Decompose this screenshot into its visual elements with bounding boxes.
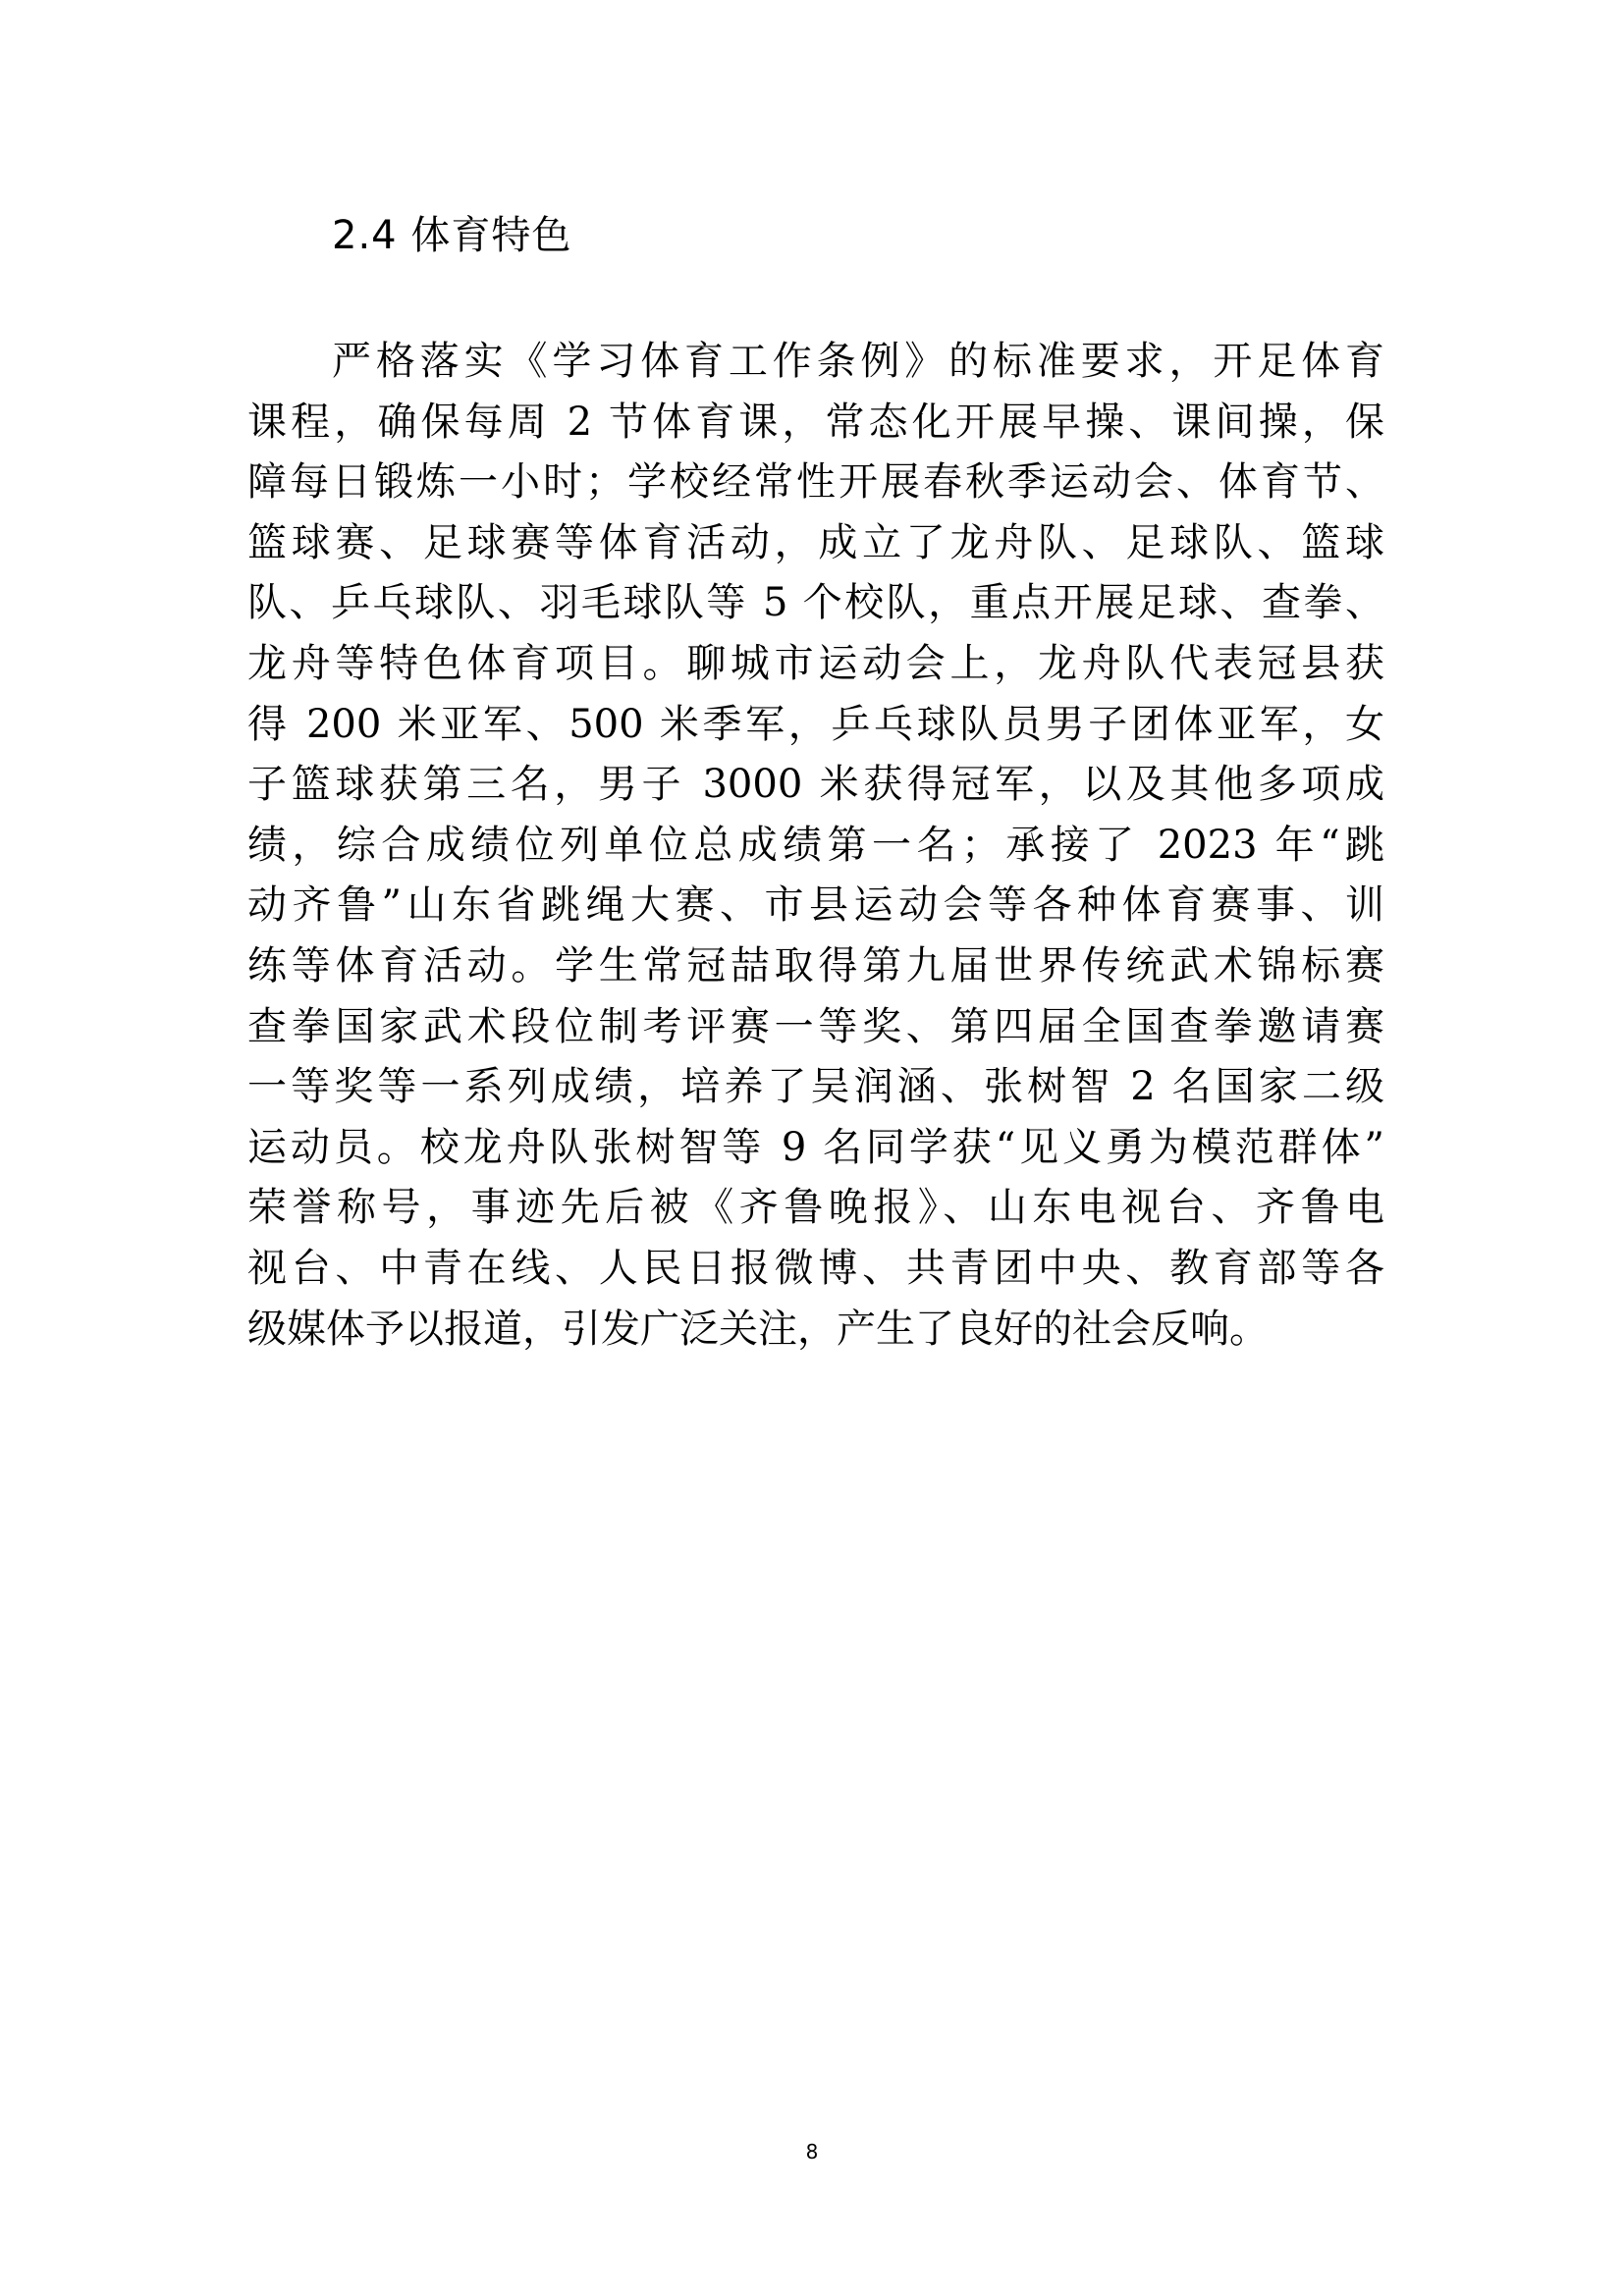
paragraph-line: 查拳国家武术段位制考评赛一等奖、第四届全国查拳邀请赛	[247, 997, 1384, 1058]
paragraph-line: 子篮球获第三名，男子 3000 米获得冠军，以及其他多项成	[247, 755, 1384, 816]
paragraph-line: 绩，综合成绩位列单位总成绩第一名；承接了 2023 年“跳	[247, 816, 1384, 877]
paragraph-line: 篮球赛、足球赛等体育活动，成立了龙舟队、足球队、篮球	[247, 513, 1384, 574]
paragraph-line: 课程，确保每周 2 节体育课，常态化开展早操、课间操，保	[247, 393, 1384, 454]
paragraph-line: 得 200 米亚军、500 米季军，乒乓球队员男子团体亚军，女	[247, 695, 1384, 756]
paragraph-line: 练等体育活动。学生常冠喆取得第九届世界传统武术锦标赛	[247, 936, 1384, 997]
paragraph-line: 级媒体予以报道，引发广泛关注，产生了良好的社会反响。	[247, 1300, 1384, 1361]
paragraph-line: 障每日锻炼一小时；学校经常性开展春秋季运动会、体育节、	[247, 453, 1384, 513]
paragraph-line: 队、乒乓球队、羽毛球队等 5 个校队，重点开展足球、查拳、	[247, 573, 1384, 634]
document-page: 2.4 体育特色 严格落实《学习体育工作条例》的标准要求，开足体育 课程，确保每…	[0, 0, 1624, 2296]
body-paragraph: 严格落实《学习体育工作条例》的标准要求，开足体育 课程，确保每周 2 节体育课，…	[247, 332, 1384, 1360]
paragraph-line: 荣誉称号，事迹先后被《齐鲁晚报》、山东电视台、齐鲁电	[247, 1178, 1384, 1239]
paragraph-line: 运动员。校龙舟队张树智等 9 名同学获“见义勇为模范群体”	[247, 1118, 1384, 1179]
paragraph-line: 视台、中青在线、人民日报微博、共青团中央、教育部等各	[247, 1239, 1384, 1300]
section-heading: 2.4 体育特色	[332, 206, 571, 265]
paragraph-line: 动齐鲁”山东省跳绳大赛、市县运动会等各种体育赛事、训	[247, 876, 1384, 936]
paragraph-line: 严格落实《学习体育工作条例》的标准要求，开足体育	[247, 332, 1384, 393]
page-number: 8	[0, 2140, 1624, 2163]
paragraph-line: 龙舟等特色体育项目。聊城市运动会上，龙舟队代表冠县获	[247, 634, 1384, 695]
paragraph-line: 一等奖等一系列成绩，培养了吴润涵、张树智 2 名国家二级	[247, 1057, 1384, 1118]
